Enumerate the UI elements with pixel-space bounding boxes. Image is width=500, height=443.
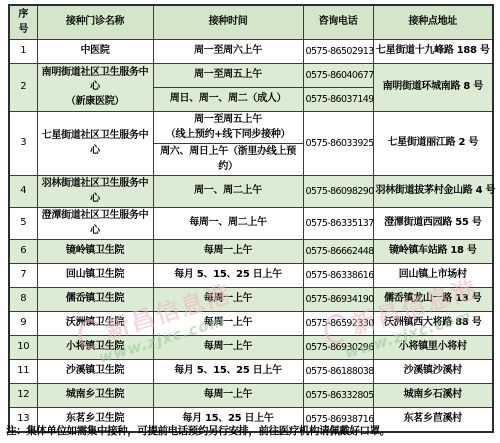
table-row: 11沙溪镇卫生院每月 5、15、25 日上午0575-86188038沙溪镇沙溪… [9, 360, 493, 384]
clinic-name-cell: 南明街道社区卫生服务中心 （新康医院） [37, 64, 153, 112]
clinic-name-cell: 小将镇卫生院 [37, 336, 153, 360]
schedule-time-cell: 周一至周五上午 （线上预约+线下同步接种） [153, 112, 303, 144]
schedule-time-cell: 每周一、周二上午 [153, 208, 303, 240]
row-number-cell: 4 [9, 176, 37, 208]
phone-cell: 0575-86338616 [303, 264, 373, 288]
schedule-time-cell: 每月 5、15、25 日上午 [153, 360, 303, 384]
row-number-cell: 8 [9, 288, 37, 312]
phone-cell: 0575-86037149 [303, 88, 373, 112]
clinic-name-cell: 镜岭镇卫生院 [37, 240, 153, 264]
table-header: 序号接种门诊名称接种时间咨询电话接种点地址 [9, 5, 493, 40]
row-number-cell: 7 [9, 264, 37, 288]
phone-cell: 0575-86934190 [303, 288, 373, 312]
header-row: 序号接种门诊名称接种时间咨询电话接种点地址 [9, 5, 493, 40]
clinic-name-cell: 城南乡卫生院 [37, 384, 153, 408]
address-cell: 沃洲镇西大将路 88 号 [373, 312, 493, 336]
phone-cell: 0575-86502913 [303, 40, 373, 64]
schedule-time-cell: 每周一上午 [153, 288, 303, 312]
table-row: 3七星街道社区卫生服务中心周一至周五上午 （线上预约+线下同步接种）0575-8… [9, 112, 493, 144]
address-cell: 南明街道环城南路 8 号 [373, 64, 493, 112]
schedule-time-cell: 周一至周六上午 [153, 40, 303, 64]
row-number-cell: 2 [9, 64, 37, 112]
address-cell: 澄潭街道西园路 55 号 [373, 208, 493, 240]
table-row: 5澄潭街道社区卫生服务中心每周一、周二上午0575-86335137澄潭街道西园… [9, 208, 493, 240]
address-cell: 小将镇里小将村 [373, 336, 493, 360]
vaccination-clinic-table: 序号接种门诊名称接种时间咨询电话接种点地址 1中医院周一至周六上午0575-86… [8, 4, 494, 433]
address-cell: 城南乡石溪村 [373, 384, 493, 408]
clinic-name-cell: 沃洲镇卫生院 [37, 312, 153, 336]
table-row: 1中医院周一至周六上午0575-86502913七星街道十九峰路 188 号 [9, 40, 493, 64]
schedule-time-cell: 周六、周日上午（浙里办线上预约） [153, 144, 303, 176]
column-header-4: 接种点地址 [373, 5, 493, 40]
phone-cell: 0575-86335137 [303, 208, 373, 240]
row-number-cell: 12 [9, 384, 37, 408]
row-number-cell: 10 [9, 336, 37, 360]
table-row: 10小将镇卫生院每周一上午0575-86930296小将镇里小将村 [9, 336, 493, 360]
schedule-time-cell: 周日、周一、周二（成人） [153, 88, 303, 112]
row-number-cell: 9 [9, 312, 37, 336]
table-body: 1中医院周一至周六上午0575-86502913七星街道十九峰路 188 号2南… [9, 40, 493, 433]
clinic-name-cell: 中医院 [37, 40, 153, 64]
schedule-time-cell: 每周一上午 [153, 384, 303, 408]
column-header-1: 接种门诊名称 [37, 5, 153, 40]
address-cell: 镜岭镇车站路 18 号 [373, 240, 493, 264]
phone-cell: 0575-86930296 [303, 336, 373, 360]
clinic-name-cell: 沙溪镇卫生院 [37, 360, 153, 384]
phone-cell: 0575-86188038 [303, 360, 373, 384]
column-header-2: 接种时间 [153, 5, 303, 40]
schedule-time-cell: 周一至周五上午 [153, 64, 303, 88]
phone-cell: 0575-86033925 [303, 112, 373, 176]
address-cell: 七星街道十九峰路 188 号 [373, 40, 493, 64]
schedule-time-cell: 周一、周二上午 [153, 176, 303, 208]
table-row: 7回山镇卫生院每月 5、15、25 日上午0575-86338616回山镇上市场… [9, 264, 493, 288]
phone-cell: 0575-86040677 [303, 64, 373, 88]
row-number-cell: 5 [9, 208, 37, 240]
phone-cell: 0575-86098290 [303, 176, 373, 208]
row-number-cell: 11 [9, 360, 37, 384]
column-header-3: 咨询电话 [303, 5, 373, 40]
table-row: 2南明街道社区卫生服务中心 （新康医院）周一至周五上午0575-86040677… [9, 64, 493, 88]
address-cell: 回山镇上市场村 [373, 264, 493, 288]
row-number-cell: 6 [9, 240, 37, 264]
schedule-time-cell: 每周一上午 [153, 312, 303, 336]
schedule-time-cell: 每周一上午 [153, 240, 303, 264]
table-row: 8儒岙镇卫生院每周一上午0575-86934190儒岙镇龙山一路 13 号 [9, 288, 493, 312]
address-cell: 沙溪镇沙溪村 [373, 360, 493, 384]
column-header-0: 序号 [9, 5, 37, 40]
address-cell: 儒岙镇龙山一路 13 号 [373, 288, 493, 312]
footnote: 注：集体单位如需集中接种，可提前电话预约另行安排，前往医疗机构请佩戴好口罩。 [6, 423, 498, 438]
table-row: 9沃洲镇卫生院每周一上午0575-86592330沃洲镇西大将路 88 号 [9, 312, 493, 336]
clinic-name-cell: 七星街道社区卫生服务中心 [37, 112, 153, 176]
address-cell: 羽林街道拔茅村金山路 4 号 [373, 176, 493, 208]
schedule-time-cell: 每月 5、15、25 日上午 [153, 264, 303, 288]
clinic-name-cell: 儒岙镇卫生院 [37, 288, 153, 312]
row-number-cell: 3 [9, 112, 37, 176]
page: 序号接种门诊名称接种时间咨询电话接种点地址 1中医院周一至周六上午0575-86… [0, 0, 500, 443]
table-row: 6镜岭镇卫生院每周一上午0575-86662448镜岭镇车站路 18 号 [9, 240, 493, 264]
phone-cell: 0575-86592330 [303, 312, 373, 336]
phone-cell: 0575-86662448 [303, 240, 373, 264]
schedule-time-cell: 每周一上午 [153, 336, 303, 360]
row-number-cell: 1 [9, 40, 37, 64]
address-cell: 七星街道丽江路 2 号 [373, 112, 493, 176]
table-row: 12城南乡卫生院每周一上午0575-86332805城南乡石溪村 [9, 384, 493, 408]
table-row: 4羽林街道社区卫生服务中心周一、周二上午0575-86098290羽林街道拔茅村… [9, 176, 493, 208]
phone-cell: 0575-86332805 [303, 384, 373, 408]
clinic-name-cell: 羽林街道社区卫生服务中心 [37, 176, 153, 208]
clinic-name-cell: 回山镇卫生院 [37, 264, 153, 288]
clinic-name-cell: 澄潭街道社区卫生服务中心 [37, 208, 153, 240]
